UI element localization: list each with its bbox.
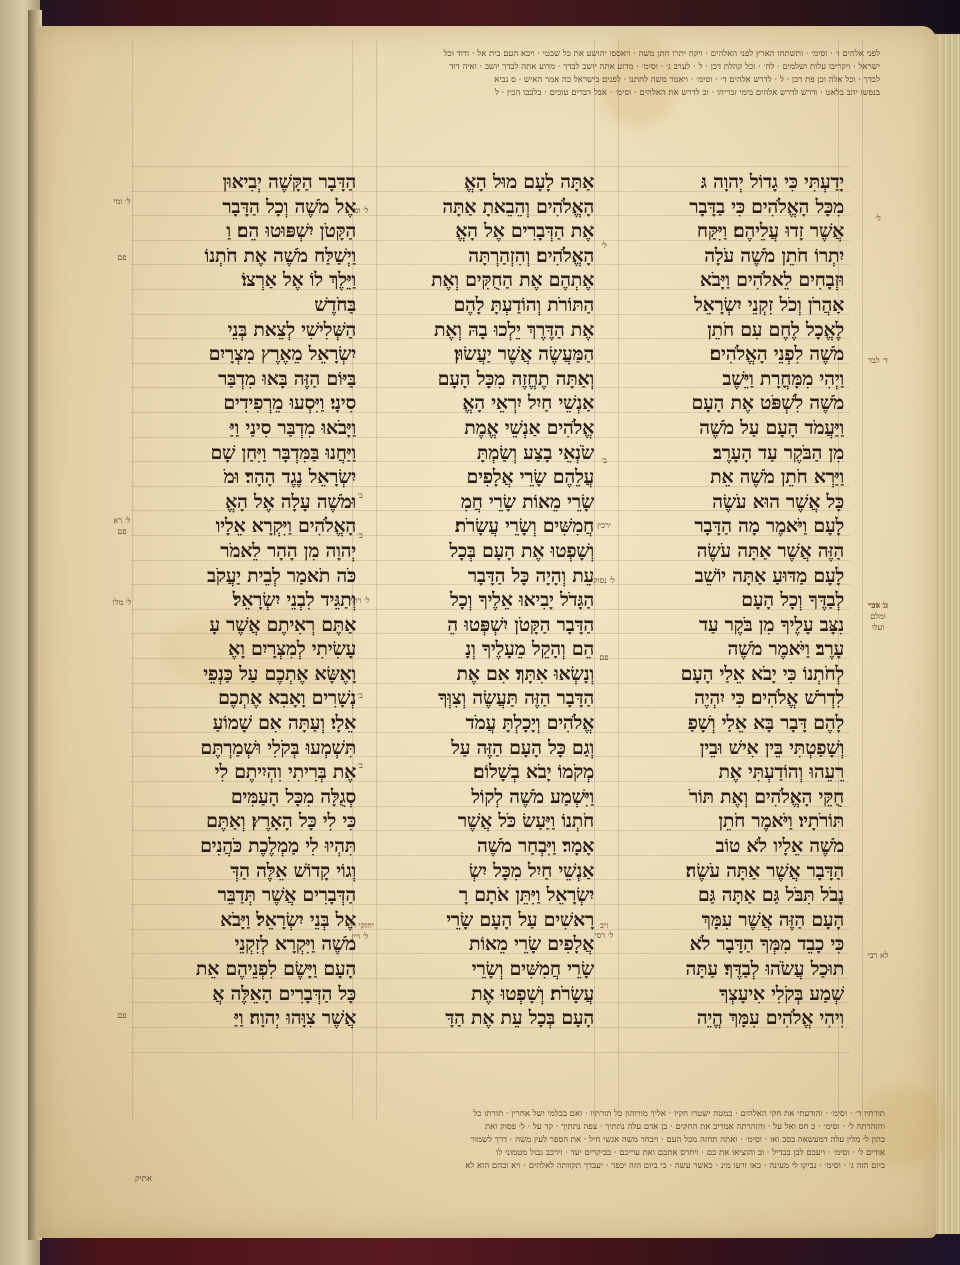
text-line: וַיֵּלֶךְ לוֹ אֶל אַרְצוֹ׃ <box>132 268 356 293</box>
masorah-magna-top: לפני אלהים ו׳ · וסימ׳ · ותשתחו הארץ לפני… <box>140 48 880 100</box>
masorah-line: כהון ל׳ מלין עלה דמעשאה בסב ואו · וסימ׳ … <box>135 1134 885 1147</box>
text-line: תּוֹרֹתָיו׃ וַיֹּאמֶר חֹתֵן <box>612 809 844 834</box>
masorah-line: אודים ל׳ · וסימ׳ · ויעכם לבן בבדיל · וב … <box>135 1147 885 1160</box>
masorah-parva-note: לא רבי <box>864 950 892 961</box>
text-line: אַתֶּם רְאִיתֶם אֲשֶׁר עָ <box>132 613 356 638</box>
text-line: אֱלֹהִים וְיָכָלְתָּ עֲמֹד <box>372 711 594 736</box>
text-line: לֶאֱכָל לֶחֶם עִם חֹתֵן <box>612 318 844 343</box>
ruling-line <box>130 1052 850 1053</box>
masorah-parva-note: ב׳ <box>346 490 374 501</box>
masorah-parva-note: ב׳ <box>346 530 374 541</box>
text-line: הַמַּעֲשֶׂה אֲשֶׁר יַעֲשׂוּן׃ <box>372 342 594 367</box>
text-line: לְבַדֶּךָ וְכָל הָעָם <box>612 588 844 613</box>
masorah-magna-bottom: תורתיו ד׳ · וסימ׳ · והודעתי את חקי האלהי… <box>135 1108 885 1186</box>
text-line: לָהֶם דָּבָר בָּא אֵלַי וְשָׁפַ <box>612 711 844 736</box>
text-line: וַיִּשְׁמַע מֹשֶׁה לְקוֹל <box>372 785 594 810</box>
text-line: יִתְרוֹ חֹתֵן מֹשֶׁה עֹלָה <box>612 244 844 269</box>
masorah-parva-note: ל׳ ומי <box>108 196 136 207</box>
text-line: כִּי לִי כָּל הָאָרֶץ׃ וְאַתֶּם <box>132 809 356 834</box>
text-line: יְהוָה מִן הָהָר לֵאמֹר <box>132 539 356 564</box>
text-line: יָדַעְתִּי כִּי גָדוֹל יְהוָה גּ <box>612 170 844 195</box>
masorah-parva-note: ל׳ נסוק <box>590 575 618 586</box>
masorah-parva-note: ב׳ <box>346 760 374 771</box>
facing-page-text <box>0 20 30 1020</box>
text-line: בַּיּוֹם הַזֶּה בָּאוּ מִדְבַּר <box>132 367 356 392</box>
masorah-line: והזהרתה ל׳ · וסימ׳ · כ חס ואל על · והזהר… <box>135 1121 885 1134</box>
text-line: אֶל בְּנֵי יִשְׂרָאֵל׃ וַיָּבֹא <box>132 908 356 933</box>
text-line: יִשְׂרָאֵל וַיִּתֵּן אֹתָם רָ <box>372 883 594 908</box>
text-line: הָאֱלֹהִים׃ וְהִזְהַרְתָּה <box>372 244 594 269</box>
text-line: חֹתְנוֹ וַיַּעַשׂ כֹּל אֲשֶׁר <box>372 809 594 834</box>
text-line: כֹּה תֹאמַר לְבֵית יַעֲקֹב <box>132 564 356 589</box>
vertical-ruling <box>862 40 863 1120</box>
text-line: וְגַם כָּל הָעָם הַזֶּה עַל <box>372 736 594 761</box>
text-line: נָבֹל תִּבֹּל גַּם אַתָּה גַּם <box>612 883 844 908</box>
text-line: הָעָם וַיָּשֶׂם לִפְנֵיהֶם אֵת <box>132 957 356 982</box>
text-line: הַזֶּה אֲשֶׁר אַתָּה עֹשֶׂה <box>612 539 844 564</box>
masorah-parva-note: יחזקי רפ׳ ל׳ ויין <box>346 920 374 942</box>
text-line: וְנָשְׂאוּ אִתָּךְ׃ אִם אֶת <box>372 662 594 687</box>
text-line: כָּל הַדְּבָרִים הָאֵלֶּה אֲ <box>132 982 356 1007</box>
text-line: אָמָר׃ וַיִּבְחַר מֹשֶׁה <box>372 834 594 859</box>
text-line: הָאֱלֹהִים וַיִּקְרָא אֵלָיו <box>132 514 356 539</box>
text-line: מְקֹמוֹ יָבֹא בְשָׁלוֹם׃ <box>372 760 594 785</box>
masorah-line: תורתיו ד׳ · וסימ׳ · והודעתי את חקי האלהי… <box>135 1108 885 1121</box>
text-line: חֻקֵּי הָאֱלֹהִים וְאֶת תּוֹרֹ <box>612 785 844 810</box>
text-line: חֲמִשִּׁים וְשָׂרֵי עֲשָׂרֹת׃ <box>372 514 594 539</box>
text-line: הָעָם בְּכָל עֵת אֶת הַדָּ <box>372 1006 594 1031</box>
text-line: הֵם וְהָקֵל מֵעָלֶיךָ וְנָ <box>372 637 594 662</box>
masorah-line: ישראל · ויקריבו עלות ושלמים · לה׳ · וכל … <box>140 61 880 74</box>
text-line: עֲשָׂרֹת׃ וְשָׁפְטוּ אֶת <box>372 982 594 1007</box>
text-line: אֶת בְּרִיתִי וִהְיִיתֶם לִי <box>132 760 356 785</box>
text-line: מֹשֶׁה וַיִּקְרָא לְזִקְנֵי <box>132 932 356 957</box>
text-line: הָאֱלֹהִים וְהֵבֵאתָ אַתָּה <box>372 195 594 220</box>
masorah-parva-note: ב׳ <box>346 690 374 701</box>
masorah-line: בנפשו יהב בלאט · ודרש לדרש אלהים בימי זכ… <box>140 87 880 100</box>
text-line: כָּל אֲשֶׁר הוּא עֹשֶׂה <box>612 490 844 515</box>
masorah-parva-note: ל׳ ויתי <box>346 595 374 606</box>
text-line: עָרֶב׃ וַיֹּאמֶר מֹשֶׁה <box>612 637 844 662</box>
masorah-parva-note: ל׳ מלו <box>108 597 136 608</box>
text-line: מֹשֶׁה לִשְׁפֹּט אֶת הָעָם <box>612 391 844 416</box>
text-line: עֵת וְהָיָה כָּל הַדָּבָר <box>372 564 594 589</box>
text-line: הָעָם הַזֶּה אֲשֶׁר עִמָּךְ <box>612 908 844 933</box>
masorah-parva-note: פם <box>108 252 136 263</box>
text-line: מִכָּל הָאֱלֹהִים כִּי בַדָּבָר <box>612 195 844 220</box>
text-line: הַקָּטֹן יִשְׁפּוּטוּ הֵם׃ וַ <box>132 219 356 244</box>
text-line: אַנְשֵׁי חַיִל מִכָּל יִשְׂ <box>372 859 594 884</box>
text-column-left: הַדָּבָר הַקָּשֶׁה יְבִיאוּןאֶל מֹשֶׁה ו… <box>132 170 356 1031</box>
text-line: אֶת הַדֶּרֶךְ יֵלְכוּ בָהּ וְאֶת <box>372 318 594 343</box>
masorah-parva-note: פם <box>108 1010 136 1021</box>
text-line: וּמֹשֶׁה עָלָה אֶל הָאֱ <box>132 490 356 515</box>
text-line: אֵלָי׃ וְעַתָּה אִם שָׁמוֹעַ <box>132 711 356 736</box>
text-line: הַשְּׁלִישִׁי לְצֵאת בְּנֵי <box>132 318 356 343</box>
masorah-line: לפני אלהים ו׳ · וסימ׳ · ותשתחו הארץ לפני… <box>140 48 880 61</box>
text-line: נְשָׁרִים וָאָבִא אֶתְכֶם <box>132 686 356 711</box>
text-line: לָעָם מַדּוּעַ אַתָּה יוֹשֵׁב <box>612 564 844 589</box>
text-line: וְשָׁפְטוּ אֶת הָעָם בְּכָל <box>372 539 594 564</box>
text-line: לְחֹתְנוֹ כִּי יָבֹא אֵלַי הָעָם <box>612 662 844 687</box>
text-line: סִינָי׃ וַיִּסְעוּ מֵרְפִידִים <box>132 391 356 416</box>
text-line: שָׂרֵי חֲמִשִּׁים וְשָׂרֵי <box>372 957 594 982</box>
masorah-parva-note: ל׳ ומי <box>346 205 374 216</box>
text-line: יִשְׂרָאֵל מֵאֶרֶץ מִצְרָיִם <box>132 342 356 367</box>
text-line: אֱלֹהִים אַנְשֵׁי אֱמֶת <box>372 416 594 441</box>
text-line: הַדְּבָרִים אֲשֶׁר תְּדַבֵּר <box>132 883 356 908</box>
text-line: רָאשִׁים עַל הָעָם שָׂרֵי <box>372 908 594 933</box>
ruling-line <box>130 166 850 167</box>
text-line: יִשְׂרָאֵל נֶגֶד הָהָר׃ וּמֹ <box>132 465 356 490</box>
masorah-parva-note: ל׳ <box>590 240 618 251</box>
text-line: אַתָּה לָעָם מוּל הָאֱ <box>372 170 594 195</box>
text-line: וָאֶשָּׂא אֶתְכֶם עַל כַּנְפֵי <box>132 662 356 687</box>
masorah-parva-note: ל׳ רסי <box>590 930 618 941</box>
text-line: נִצָּב עָלֶיךָ מִן בֹּקֶר עַד <box>612 613 844 638</box>
masorah-parva-note: ד׳ לבד <box>864 355 892 366</box>
text-line: אֶת הַדְּבָרִים אֶל הָאֱ <box>372 219 594 244</box>
text-line: סְגֻלָּה מִכָּל הָעַמִּים <box>132 785 356 810</box>
text-line: הַדָּבָר הַקָּטֹן יִשְׁפְּטוּ הֵ <box>372 613 594 638</box>
text-line: וַיְשַׁלַּח מֹשֶׁה אֶת חֹתְנוֹ <box>132 244 356 269</box>
text-line: מֹשֶׁה אֵלָיו לֹא טוֹב <box>612 834 844 859</box>
masorah-parva-note: ל׳ דבי ומלם ועלו <box>864 600 892 633</box>
text-line: וַיַּעֲמֹד הָעָם עַל מֹשֶׁה <box>612 416 844 441</box>
text-line: אֶתְהֶם אֶת הַחֻקִּים וְאֶת <box>372 268 594 293</box>
text-line: מִן הַבֹּקֶר עַד הָעָרֶב׃ <box>612 441 844 466</box>
text-line: וַיַּחֲנוּ בַּמִּדְבָּר וַיִּחַן שָׁם <box>132 441 356 466</box>
text-line: שֹׂנְאֵי בָצַע וְשַׂמְתָּ <box>372 441 594 466</box>
masorah-line: לבדך · וכל אלה וכן פת דכן · ל · לדרש אלה… <box>140 74 880 87</box>
text-line: תוּכַל עֲשֹׂהוּ לְבַדֶּךָ׃ עַתָּה <box>612 957 844 982</box>
text-line: תִּהְיוּ לִי מַמְלֶכֶת כֹּהֲנִים <box>132 834 356 859</box>
text-line: בַּחֹדֶשׁ <box>132 293 356 318</box>
text-line: הַתּוֹרֹת וְהוֹדַעְתָּ לָהֶם <box>372 293 594 318</box>
masorah-parva-note: ל׳ <box>864 213 892 224</box>
text-line: אֲלָפִים שָׂרֵי מֵאוֹת <box>372 932 594 957</box>
masorah-line: ביום הזה ג׳ · וסימ׳ · נביקו לי מעינה · כ… <box>135 1160 885 1173</box>
masorah-parva-note: ב׳ <box>590 455 618 466</box>
text-line: הַדָּבָר הַזֶּה תַּעֲשֶׂה וְצִוְּךָ <box>372 686 594 711</box>
text-line: אַהֲרֹן וְכֹל זִקְנֵי יִשְׂרָאֵל <box>612 293 844 318</box>
text-line: הַדָּבָר אֲשֶׁר אַתָּה עֹשֶׂה׃ <box>612 859 844 884</box>
text-line: וְגוֹי קָדוֹשׁ אֵלֶּה הַדְּ <box>132 859 356 884</box>
text-line: כִּי כָבֵד מִמְּךָ הַדָּבָר לֹא <box>612 932 844 957</box>
text-line: שְׁמַע בְּקֹלִי אִיעָצְךָ <box>612 982 844 1007</box>
text-line: וְתַגֵּיד לִבְנֵי יִשְׂרָאֵל׃ <box>132 588 356 613</box>
text-line: עֲלֵהֶם שָׂרֵי אֲלָפִים <box>372 465 594 490</box>
text-line: וַיַּרְא חֹתֵן מֹשֶׁה אֵת <box>612 465 844 490</box>
text-line: שָׂרֵי מֵאוֹת שָׂרֵי חֲמִ <box>372 490 594 515</box>
masorah-parva-note: פם <box>590 652 618 663</box>
text-line: וְאַתָּה תֶחֱזֶה מִכָּל הָעָם <box>372 367 594 392</box>
text-line: אַנְשֵׁי חַיִל יִרְאֵי הָאֱ <box>372 391 594 416</box>
text-line: הַגָּדֹל יָבִיאוּ אֵלֶיךָ וְכָל <box>372 588 594 613</box>
text-column-right: יָדַעְתִּי כִּי גָדוֹל יְהוָה גּמִכָּל ה… <box>612 170 844 1031</box>
masorah-line: אתיק <box>135 1173 885 1186</box>
text-line: וַיָּבֹאוּ מִדְבַּר סִינַי וַיַּ <box>132 416 356 441</box>
text-line: הַדָּבָר הַקָּשֶׁה יְבִיאוּן <box>132 170 356 195</box>
text-line: וִיהִי אֱלֹהִים עִמָּךְ הֱיֵה <box>612 1006 844 1031</box>
text-line: וְשָׁפַטְתִּי בֵּין אִישׁ וּבֵין <box>612 736 844 761</box>
text-line: וּזְבָחִים לֵאלֹהִים וַיָּבֹא <box>612 268 844 293</box>
masorah-parva-note: ל׳ רא פם <box>108 515 136 537</box>
text-column-middle: אַתָּה לָעָם מוּל הָאֱהָאֱלֹהִים וְהֵבֵא… <box>372 170 594 1031</box>
text-line: תִּשְׁמְעוּ בְּקֹלִי וּשְׁמַרְתֶּם <box>132 736 356 761</box>
text-line: רֵעֵהוּ וְהוֹדַעְתִּי אֶת <box>612 760 844 785</box>
text-line: לָעָם וַיֹּאמֶר מָה הַדָּבָר <box>612 514 844 539</box>
text-line: עָשִׂיתִי לְמִצְרָיִם וָאֶ <box>132 637 356 662</box>
text-line: אֲשֶׁר זָדוּ עֲלֵיהֶם׃ וַיִּקַּח <box>612 219 844 244</box>
masorah-parva-note: ירכין <box>590 520 618 531</box>
text-line: אֶל מֹשֶׁה וְכָל הַדָּבָר <box>132 195 356 220</box>
text-line: מֹשֶׁה לִפְנֵי הָאֱלֹהִים׃ <box>612 342 844 367</box>
text-line: וַיְהִי מִמָּחֳרָת וַיֵּשֶׁב <box>612 367 844 392</box>
text-line: לִדְרֹשׁ אֱלֹהִים׃ כִּי יִהְיֶה <box>612 686 844 711</box>
text-line: אֲשֶׁר צִוָּהוּ יְהוָה׃ וַיַּ <box>132 1006 356 1031</box>
